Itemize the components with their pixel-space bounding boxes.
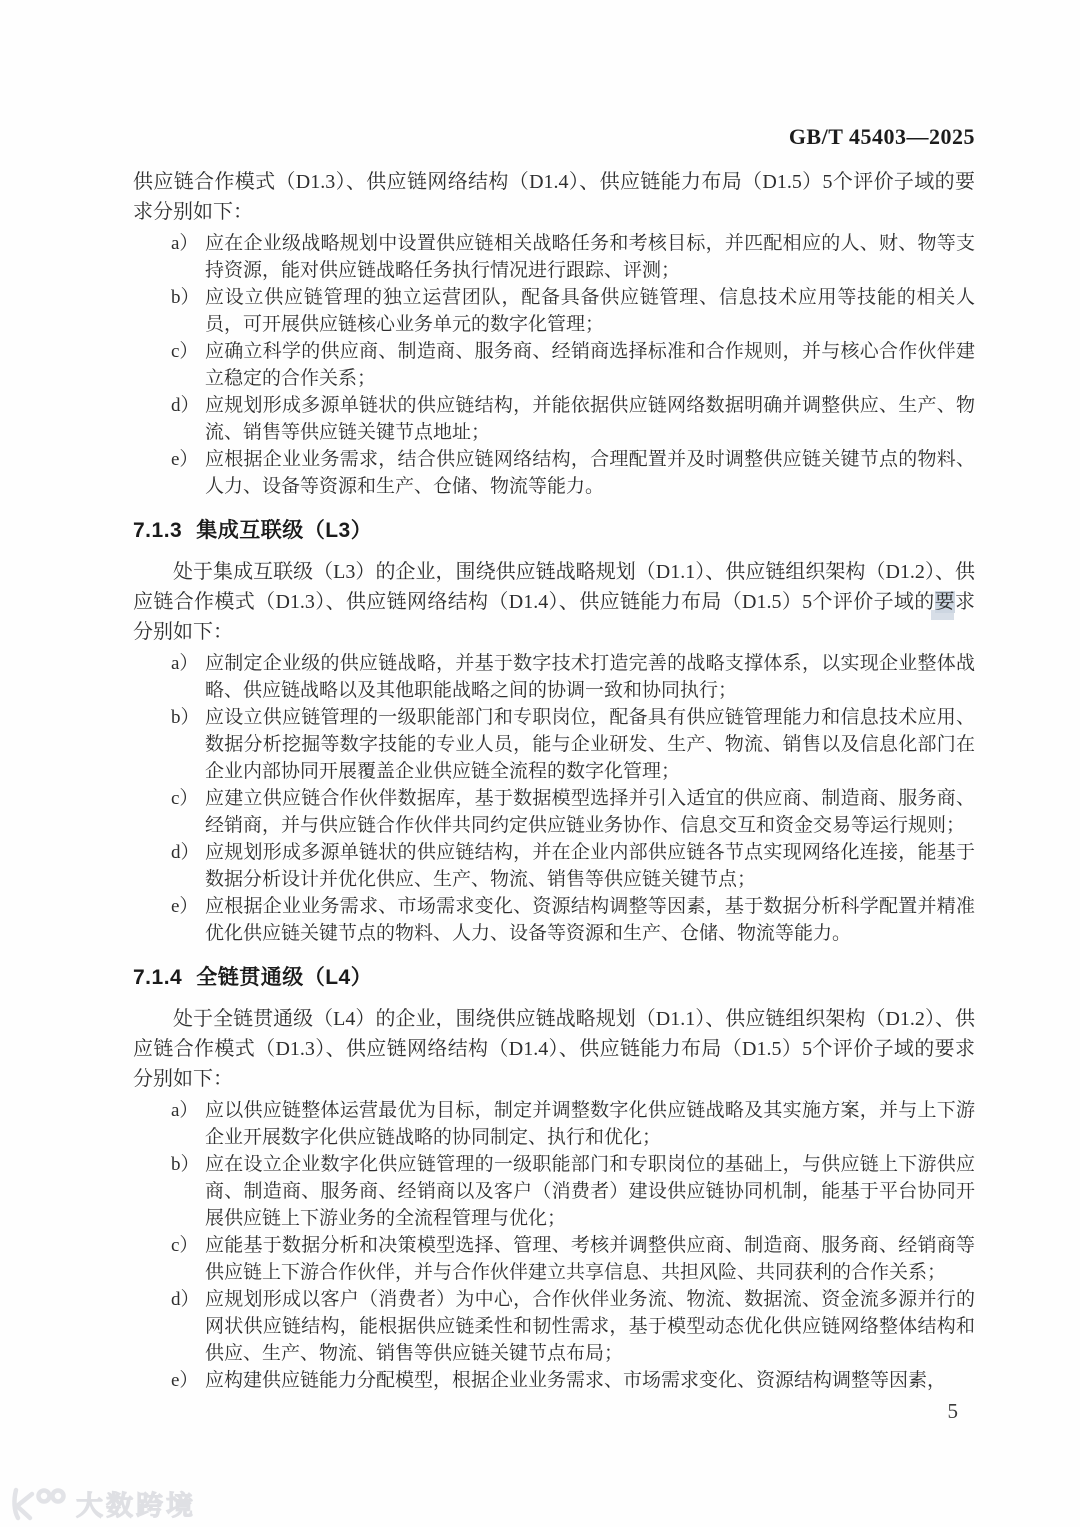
page-number: 5	[948, 1399, 959, 1424]
list-item-text: 应设立供应链管理的独立运营团队，配备具备供应链管理、信息技术应用等技能的相关人员…	[205, 287, 975, 335]
list-item: d） 应规划形成多源单链状的供应链结构，并能依据供应链网络数据明确并调整供应、生…	[205, 392, 975, 446]
list-item-label: c）	[171, 1232, 198, 1259]
list-item: a） 应制定企业级的供应链战略，并基于数字技术打造完善的战略支撑体系，以实现企业…	[205, 650, 975, 704]
list-item: d） 应规划形成多源单链状的供应链结构，并在企业内部供应链各节点实现网络化连接，…	[205, 839, 975, 893]
list-item-text: 应建立供应链合作伙伴数据库，基于数据模型选择并引入适宜的供应商、制造商、服务商、…	[205, 788, 975, 836]
list-item-text: 应能基于数据分析和决策模型选择、管理、考核并调整供应商、制造商、服务商、经销商等…	[205, 1235, 975, 1283]
list-item-label: e）	[171, 446, 198, 473]
list-item-text: 应制定企业级的供应链战略，并基于数字技术打造完善的战略支撑体系，以实现企业整体战…	[205, 653, 975, 701]
list-item-text: 应规划形成多源单链状的供应链结构，并在企业内部供应链各节点实现网络化连接，能基于…	[205, 842, 975, 890]
list-item-text: 应以供应链整体运营最优为目标，制定并调整数字化供应链战略及其实施方案，并与上下游…	[205, 1100, 975, 1148]
highlight-mark: 要	[935, 591, 955, 613]
list-item-label: d）	[171, 1286, 200, 1313]
list-item-label: b）	[171, 1151, 200, 1178]
section-title: 全链贯通级（L4）	[196, 966, 372, 989]
section-number: 7.1.3	[133, 519, 182, 542]
watermark: 大数跨境	[8, 1484, 196, 1523]
clause-list-l4: a） 应以供应链整体运营最优为目标，制定并调整数字化供应链战略及其实施方案，并与…	[133, 1097, 975, 1394]
list-item: e） 应构建供应链能力分配模型，根据企业业务需求、市场需求变化、资源结构调整等因…	[205, 1367, 975, 1394]
list-item: b） 应在设立企业数字化供应链管理的一级职能部门和专职岗位的基础上，与供应链上下…	[205, 1151, 975, 1232]
list-item-label: d）	[171, 839, 200, 866]
list-item-text: 应在企业级战略规划中设置供应链相关战略任务和考核目标，并匹配相应的人、财、物等支…	[205, 233, 975, 281]
list-item-text: 应设立供应链管理的一级职能部门和专职岗位，配备具有供应链管理能力和信息技术应用、…	[205, 707, 975, 782]
list-item-text: 应根据企业业务需求，结合供应链网络结构，合理配置并及时调整供应链关键节点的物料、…	[205, 449, 975, 497]
list-item-label: c）	[171, 785, 198, 812]
section-title: 集成互联级（L3）	[196, 519, 372, 542]
list-item-text: 应确立科学的供应商、制造商、服务商、经销商选择标准和合作规则，并与核心合作伙伴建…	[205, 341, 975, 389]
list-item-label: a）	[171, 230, 198, 257]
section-heading-7-1-4: 7.1.4全链贯通级（L4）	[133, 965, 975, 991]
list-item-text: 应在设立企业数字化供应链管理的一级职能部门和专职岗位的基础上，与供应链上下游供应…	[205, 1154, 975, 1229]
watermark-text: 大数跨境	[76, 1484, 196, 1523]
list-item-label: c）	[171, 338, 198, 365]
list-item-label: b）	[171, 284, 200, 311]
section-heading-7-1-3: 7.1.3集成互联级（L3）	[133, 518, 975, 544]
watermark-logo-icon	[8, 1485, 70, 1523]
list-item: c） 应能基于数据分析和决策模型选择、管理、考核并调整供应商、制造商、服务商、经…	[205, 1232, 975, 1286]
list-item-label: b）	[171, 704, 200, 731]
list-item: c） 应建立供应链合作伙伴数据库，基于数据模型选择并引入适宜的供应商、制造商、服…	[205, 785, 975, 839]
list-item: a） 应在企业级战略规划中设置供应链相关战略任务和考核目标，并匹配相应的人、财、…	[205, 230, 975, 284]
list-item: d） 应规划形成以客户（消费者）为中心，合作伙伴业务流、物流、数据流、资金流多源…	[205, 1286, 975, 1367]
section-intro-7-1-3: 处于集成互联级（L3）的企业，围绕供应链战略规划（D1.1）、供应链组织架构（D…	[133, 557, 975, 647]
list-item: e） 应根据企业业务需求、市场需求变化、资源结构调整等因素，基于数据分析科学配置…	[205, 893, 975, 947]
clause-list-l2: a） 应在企业级战略规划中设置供应链相关战略任务和考核目标，并匹配相应的人、财、…	[133, 230, 975, 500]
list-item: c） 应确立科学的供应商、制造商、服务商、经销商选择标准和合作规则，并与核心合作…	[205, 338, 975, 392]
list-item-label: e）	[171, 893, 198, 920]
list-item-label: e）	[171, 1367, 198, 1394]
intro-text: 处于集成互联级（L3）的企业，围绕供应链战略规划（D1.1）、供应链组织架构（D…	[133, 561, 975, 613]
list-item-label: d）	[171, 392, 200, 419]
list-item: b） 应设立供应链管理的一级职能部门和专职岗位，配备具有供应链管理能力和信息技术…	[205, 704, 975, 785]
list-item-text: 应规划形成多源单链状的供应链结构，并能依据供应链网络数据明确并调整供应、生产、物…	[205, 395, 975, 443]
continuation-paragraph: 供应链合作模式（D1.3）、供应链网络结构（D1.4）、供应链能力布局（D1.5…	[133, 167, 975, 227]
list-item-label: a）	[171, 650, 198, 677]
standard-code: GB/T 45403—2025	[789, 124, 975, 150]
list-item-label: a）	[171, 1097, 198, 1124]
list-item-text: 应根据企业业务需求、市场需求变化、资源结构调整等因素，基于数据分析科学配置并精准…	[205, 896, 975, 944]
list-item-text: 应规划形成以客户（消费者）为中心，合作伙伴业务流、物流、数据流、资金流多源并行的…	[205, 1289, 975, 1364]
document-page: GB/T 45403—2025 供应链合作模式（D1.3）、供应链网络结构（D1…	[0, 0, 1080, 1527]
list-item-text: 应构建供应链能力分配模型，根据企业业务需求、市场需求变化、资源结构调整等因素，	[205, 1370, 946, 1391]
list-item: e） 应根据企业业务需求，结合供应链网络结构，合理配置并及时调整供应链关键节点的…	[205, 446, 975, 500]
list-item: b） 应设立供应链管理的独立运营团队，配备具备供应链管理、信息技术应用等技能的相…	[205, 284, 975, 338]
list-item: a） 应以供应链整体运营最优为目标，制定并调整数字化供应链战略及其实施方案，并与…	[205, 1097, 975, 1151]
clause-list-l3: a） 应制定企业级的供应链战略，并基于数字技术打造完善的战略支撑体系，以实现企业…	[133, 650, 975, 947]
section-intro-7-1-4: 处于全链贯通级（L4）的企业，围绕供应链战略规划（D1.1）、供应链组织架构（D…	[133, 1004, 975, 1094]
section-number: 7.1.4	[133, 966, 182, 989]
page-content: 供应链合作模式（D1.3）、供应链网络结构（D1.4）、供应链能力布局（D1.5…	[133, 167, 975, 1397]
